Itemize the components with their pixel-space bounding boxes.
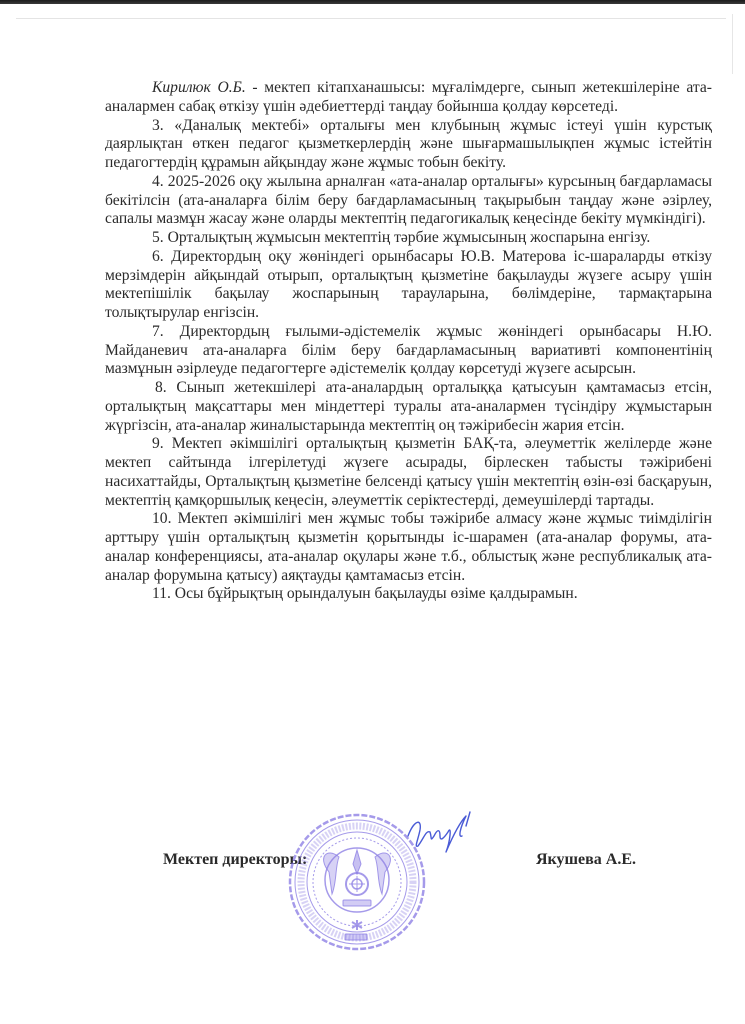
- scan-edge-right: [732, 14, 733, 74]
- paragraph-item-8: 8. Сынып жетекшілері ата-аналардың ортал…: [105, 379, 712, 435]
- paragraph-item-7: 7. Директордың ғылыми-әдістемелік жұмыс …: [105, 323, 712, 379]
- paragraph-item-11: 11. Осы бұйрықтың орындалуын бақылауды ө…: [105, 585, 712, 604]
- paragraph-item-4: 4. 2025-2026 оқу жылына арналған «ата-ан…: [105, 173, 712, 229]
- person-name: Кирилюк О.Б.: [152, 79, 246, 96]
- paragraph-item-3: 3. «Даналық мектебі» орталығы мен клубын…: [105, 117, 712, 173]
- paragraph-kirilyuk: Кирилюк О.Б. - мектеп кітапханашысы: мұғ…: [105, 79, 712, 117]
- paragraph-item-5: 5. Орталықтың жұмысын мектептің тәрбие ж…: [105, 229, 712, 248]
- signer-name: Якушева А.Е.: [536, 851, 636, 869]
- signer-title: Мектеп директоры:: [163, 851, 307, 869]
- paragraph-item-6: 6. Директордың оқу жөніндегі орынбасары …: [105, 248, 712, 323]
- paragraph-item-9: 9. Мектеп әкімшілігі орталықтың қызметін…: [105, 435, 712, 510]
- scan-edge-line: [16, 18, 726, 19]
- handwritten-signature: [400, 808, 480, 858]
- paragraph-item-10: 10. Мектеп әкімшілігі мен жұмыс тобы тәж…: [105, 510, 712, 585]
- document-body: Кирилюк О.Б. - мектеп кітапханашысы: мұғ…: [105, 79, 712, 604]
- scan-edge-top: [0, 0, 745, 4]
